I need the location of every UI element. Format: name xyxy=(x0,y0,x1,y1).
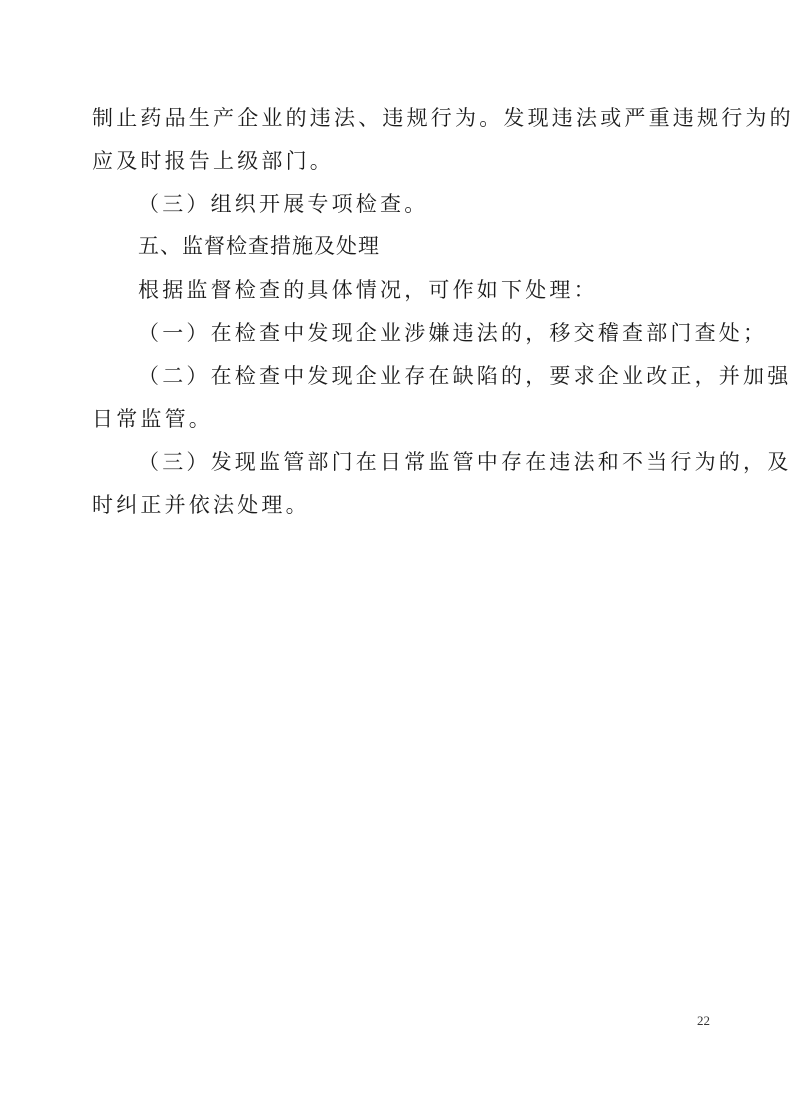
paragraph-line: 制止药品生产企业的违法、违规行为。发现违法或严重违规行为的， xyxy=(92,104,793,132)
list-item: （三）组织开展专项检查。 xyxy=(138,190,428,218)
page-number: 22 xyxy=(697,1013,710,1029)
list-item: （三）发现监管部门在日常监管中存在违法和不当行为的，及 xyxy=(138,448,791,476)
document-page: 制止药品生产企业的违法、违规行为。发现违法或严重违规行为的， 应及时报告上级部门… xyxy=(0,0,793,1096)
paragraph-line: 根据监督检查的具体情况，可作如下处理： xyxy=(138,276,598,304)
list-item: （二）在检查中发现企业存在缺陷的，要求企业改正，并加强 xyxy=(138,362,791,390)
list-item: （一）在检查中发现企业涉嫌违法的，移交稽查部门查处； xyxy=(138,319,767,347)
section-heading: 五、监督检查措施及处理 xyxy=(138,232,380,260)
paragraph-line: 时纠正并依法处理。 xyxy=(92,491,310,519)
paragraph-line: 应及时报告上级部门。 xyxy=(92,147,334,175)
paragraph-line: 日常监管。 xyxy=(92,405,213,433)
